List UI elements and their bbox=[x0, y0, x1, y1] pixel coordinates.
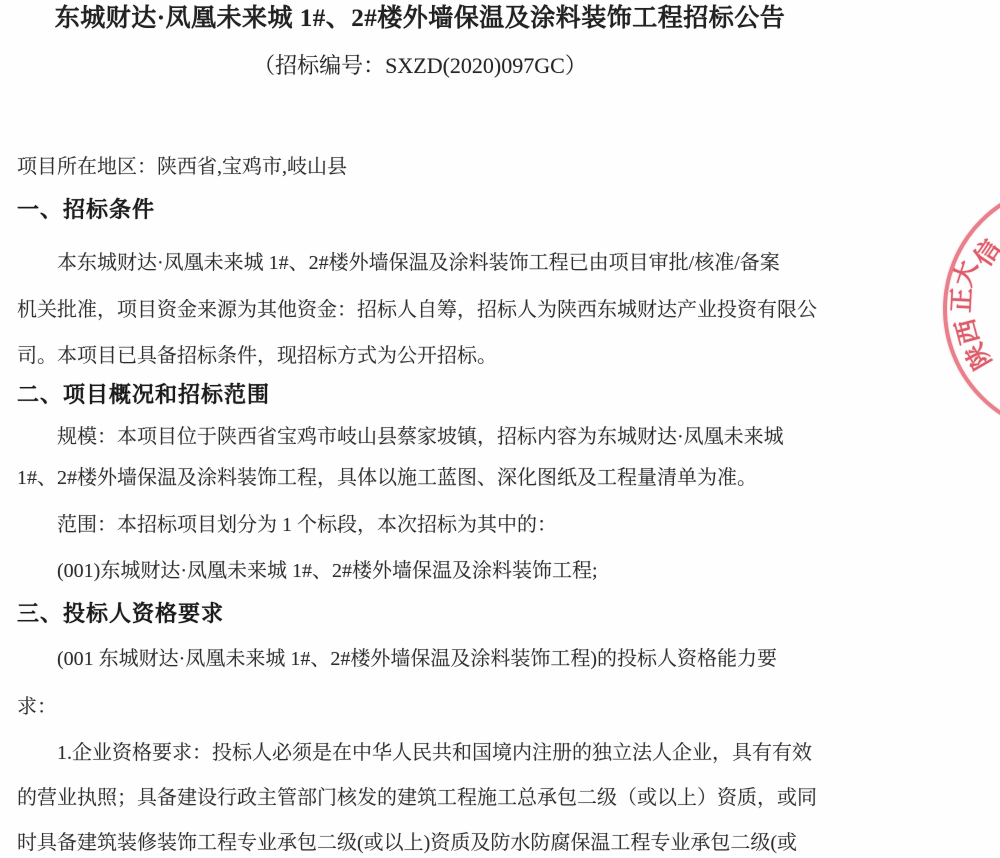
section-1-line-3: 司。本项目已具备招标条件，现招标方式为公开招标。 bbox=[17, 343, 823, 369]
scanned-document-page: 东城财达·凤凰未来城 1#、2#楼外墙保温及涂料装饰工程招标公告 （招标编号：S… bbox=[0, 0, 1000, 858]
section-3-line-1: (001 东城财达·凤凰未来城 1#、2#楼外墙保温及涂料装饰工程)的投标人资格… bbox=[17, 646, 863, 672]
section-1-line-2: 机关批准，项目资金来源为其他资金：招标人自筹，招标人为陕西东城财达产业投资有限公 bbox=[17, 297, 823, 323]
section-1-heading: 一、招标条件 bbox=[17, 196, 823, 225]
section-3-line-4: 的营业执照；具备建设行政主管部门核发的建筑工程施工总承包二级（或以上）资质，或同 bbox=[17, 785, 823, 811]
project-location-line: 项目所在地区：陕西省,宝鸡市,岐山县 bbox=[17, 154, 823, 180]
section-3-heading: 三、投标人资格要求 bbox=[17, 600, 823, 629]
section-2-line-2: 1#、2#楼外墙保温及涂料装饰工程，具体以施工蓝图、深化图纸及工程量清单为准。 bbox=[17, 465, 823, 491]
section-3-line-3: 1.企业资格要求：投标人必须是在中华人民共和国境内注册的独立法人企业，具有有效 bbox=[17, 740, 863, 766]
seal-char: 正 bbox=[941, 287, 978, 314]
section-2-line-1: 规模：本项目位于陕西省宝鸡市岐山县蔡家坡镇，招标内容为东城财达·凤凰未来城 bbox=[17, 424, 863, 450]
section-2-line-3: 范围：本招标项目划分为 1 个标段，本次招标为其中的： bbox=[17, 512, 863, 538]
section-2-line-4: (001)东城财达·凤凰未来城 1#、2#楼外墙保温及涂料装饰工程; bbox=[17, 558, 863, 584]
document-body: 东城财达·凤凰未来城 1#、2#楼外墙保温及涂料装饰工程招标公告 （招标编号：S… bbox=[17, 0, 823, 858]
document-title: 东城财达·凤凰未来城 1#、2#楼外墙保温及涂料装饰工程招标公告 bbox=[17, 3, 823, 36]
tender-number: （招标编号：SXZD(2020)097GC） bbox=[17, 52, 823, 81]
section-2-heading: 二、项目概况和招标范围 bbox=[17, 381, 823, 410]
section-3-line-5: 时具备建筑装修装饰工程专业承包二级(或以上)资质及防水防腐保温工程专业承包二级(… bbox=[17, 830, 823, 856]
section-1-line-1: 本东城财达·凤凰未来城 1#、2#楼外墙保温及涂料装饰工程已由项目审批/核准/备… bbox=[17, 250, 863, 276]
section-3-line-2: 求： bbox=[17, 694, 823, 720]
